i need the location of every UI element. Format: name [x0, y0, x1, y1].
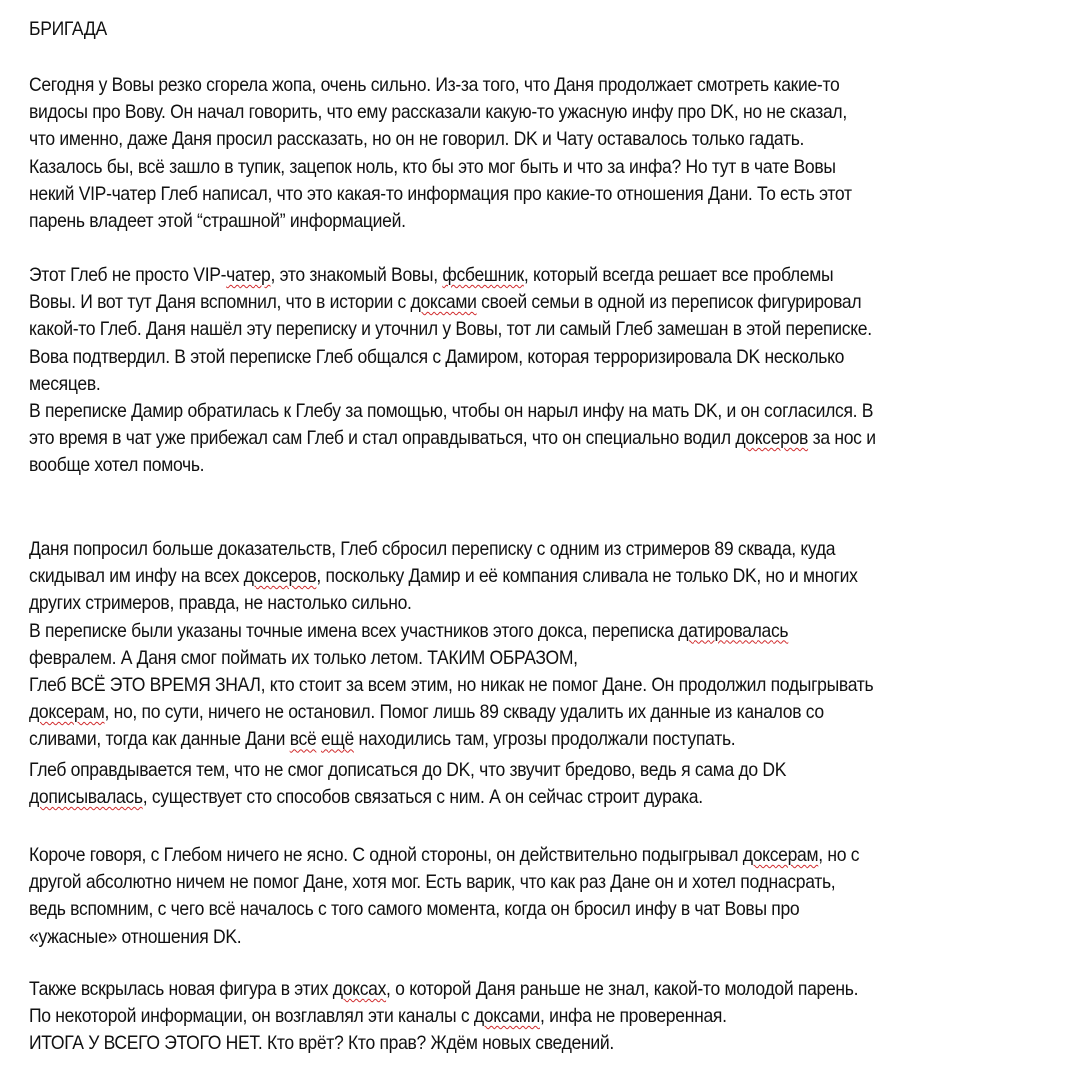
spellcheck-flagged-word[interactable]: ещё	[321, 728, 354, 750]
paragraph-4-line: дописывалась, существует сто способов св…	[29, 784, 703, 811]
paragraph-4-line: Глеб оправдывается тем, что не смог допи…	[29, 757, 786, 784]
spellcheck-flagged-word[interactable]: доксерам	[743, 844, 818, 866]
paragraph-3-line: В переписке были указаны точные имена вс…	[29, 618, 788, 645]
spellcheck-flagged-word[interactable]: доксерам	[29, 701, 104, 723]
paragraph-2-line: Этот Глеб не просто VIP-чатер, это знако…	[29, 262, 833, 289]
paragraph-1-line: что именно, даже Даня просил рассказать,…	[29, 126, 804, 153]
spellcheck-flagged-word[interactable]: чатер	[226, 264, 270, 286]
spellcheck-flagged-word[interactable]: доксеров	[244, 565, 317, 587]
paragraph-3-line: сливами, тогда как данные Дани всё ещё н…	[29, 726, 735, 753]
paragraph-1-line: некий VIP-чатер Глеб написал, что это ка…	[29, 181, 852, 208]
paragraph-1-line: Казалось бы, всё зашло в тупик, зацепок …	[29, 154, 836, 181]
paragraph-2-line: Вова подтвердил. В этой переписке Глеб о…	[29, 344, 844, 371]
paragraph-6-line: По некоторой информации, он возглавлял э…	[29, 1003, 727, 1030]
paragraph-2-line: В переписке Дамир обратилась к Глебу за …	[29, 398, 873, 425]
spellcheck-flagged-word[interactable]: всё	[290, 728, 317, 750]
paragraph-3-line: других стримеров, правда, не настолько с…	[29, 590, 412, 617]
paragraph-5-line: другой абсолютно ничем не помог Дане, хо…	[29, 869, 835, 896]
spellcheck-flagged-word[interactable]: датировалась	[678, 620, 788, 642]
paragraph-2-line: какой-то Глеб. Даня нашёл эту переписку …	[29, 316, 872, 343]
paragraph-2-line: это время в чат уже прибежал сам Глеб и …	[29, 425, 876, 452]
paragraph-3-line: доксерам, но, по сути, ничего не останов…	[29, 699, 824, 726]
paragraph-3-line: Глеб ВСЁ ЭТО ВРЕМЯ ЗНАЛ, кто стоит за вс…	[29, 672, 873, 699]
paragraph-5-line: ведь вспомним, с чего всё началось с тог…	[29, 896, 799, 923]
paragraph-1-line: Сегодня у Вовы резко сгорела жопа, очень…	[29, 72, 839, 99]
paragraph-1-line: видосы про Вову. Он начал говорить, что …	[29, 99, 847, 126]
paragraph-6-line: ИТОГА У ВСЕГО ЭТОГО НЕТ. Кто врёт? Кто п…	[29, 1030, 614, 1057]
paragraph-3-line: скидывал им инфу на всех доксеров, поско…	[29, 563, 858, 590]
spellcheck-flagged-word[interactable]: дописывалась	[29, 786, 143, 808]
spellcheck-flagged-word[interactable]: фсбешник	[442, 264, 524, 286]
paragraph-1-line: парень владеет этой “страшной” информаци…	[29, 208, 406, 235]
paragraph-2-line: месяцев.	[29, 371, 100, 398]
spellcheck-flagged-word[interactable]: доксах	[333, 978, 386, 1000]
spellcheck-flagged-word[interactable]: доксеров	[735, 427, 808, 449]
paragraph-2-line: Вовы. И вот тут Даня вспомнил, что в ист…	[29, 289, 861, 316]
paragraph-3-line: февралем. А Даня смог поймать их только …	[29, 645, 578, 672]
spellcheck-flagged-word[interactable]: доксами	[411, 291, 477, 313]
paragraph-2-line: вообще хотел помочь.	[29, 452, 204, 479]
paragraph-5-line: «ужасные» отношения DK.	[29, 924, 241, 951]
paragraph-5-line: Короче говоря, с Глебом ничего не ясно. …	[29, 842, 859, 869]
spellcheck-flagged-word[interactable]: доксами	[474, 1005, 540, 1027]
document-title: БРИГАДА	[29, 16, 107, 43]
paragraph-6-line: Также вскрылась новая фигура в этих докс…	[29, 976, 858, 1003]
paragraph-3-line: Даня попросил больше доказательств, Глеб…	[29, 536, 835, 563]
